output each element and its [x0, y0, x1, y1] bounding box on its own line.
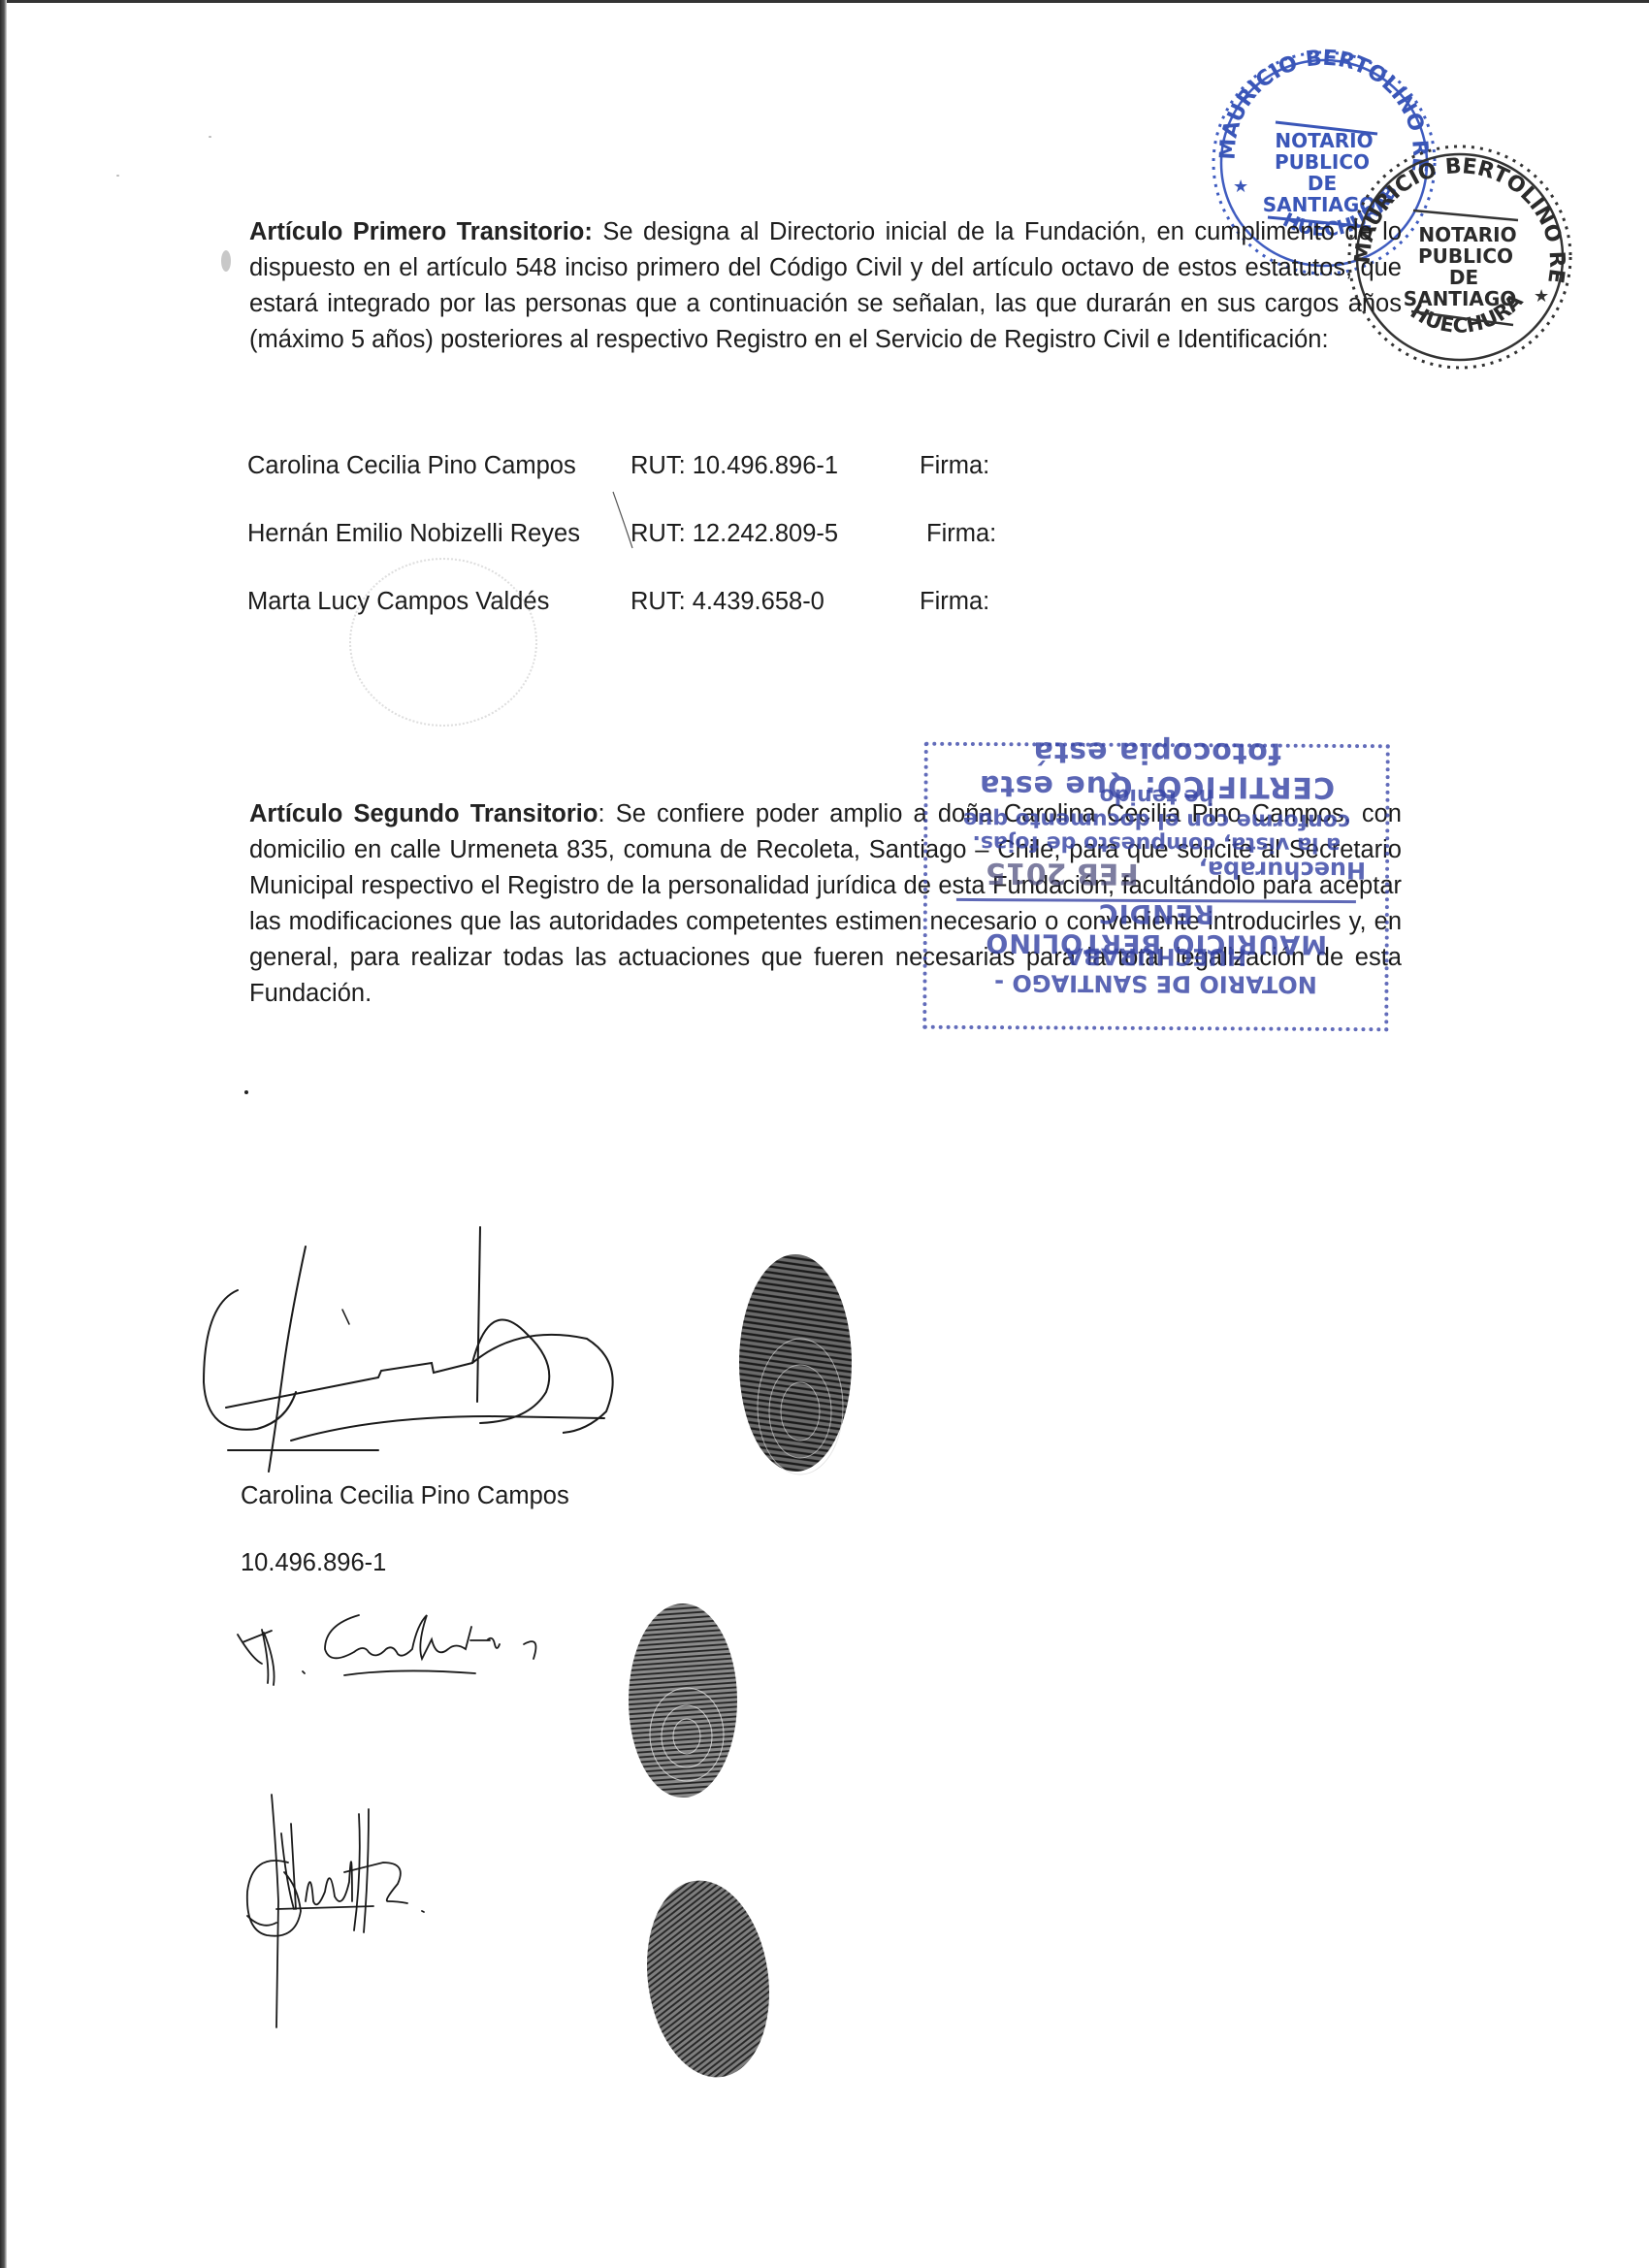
article-heading: Artículo Primero Transitorio:	[249, 218, 593, 245]
svg-text:★: ★	[1233, 177, 1248, 196]
scan-border-left	[0, 0, 7, 2268]
scan-speck	[116, 175, 119, 177]
signature-carolina	[199, 1217, 645, 1479]
firma-label: Firma:	[926, 520, 996, 548]
signature-hernan	[238, 1795, 490, 2047]
signer-name: Carolina Cecilia Pino Campos	[241, 1482, 569, 1510]
svg-text:SANTIAGO: SANTIAGO	[1404, 287, 1517, 310]
article-segundo-transitorio: Artículo Segundo Transitorio: Se confier…	[249, 796, 1402, 1012]
fingerprint-3	[635, 1877, 781, 2081]
svg-text:★: ★	[1534, 286, 1549, 306]
pen-stroke-mark	[611, 490, 640, 558]
svg-text:DE: DE	[1308, 172, 1337, 195]
scan-border-top	[0, 0, 1649, 3]
scan-speck	[209, 136, 211, 138]
signer-rut: 10.496.896-1	[241, 1549, 386, 1577]
fingerprint-1	[732, 1247, 858, 1479]
fingerprint-2	[621, 1601, 747, 1804]
svg-text:PUBLICO: PUBLICO	[1418, 244, 1513, 268]
firma-label: Firma:	[920, 588, 989, 616]
firma-label: Firma:	[920, 452, 989, 480]
director-name: Hernán Emilio Nobizelli Reyes	[247, 520, 580, 548]
certificate-line: CERTIFICO: Que esta fotocopia está	[947, 734, 1366, 804]
faded-stamp-ghost	[349, 558, 537, 727]
scanned-document-page: MAURICIO BERTOLINO RENDIC HUECHURABA NOT…	[0, 0, 1649, 2268]
director-name: Carolina Cecilia Pino Campos	[247, 452, 576, 480]
director-rut: RUT: 4.439.658-0	[630, 588, 824, 616]
director-rut: RUT: 12.242.809-5	[630, 520, 838, 548]
svg-text:NOTARIO: NOTARIO	[1418, 223, 1516, 246]
svg-text:DE: DE	[1449, 266, 1478, 289]
signature-marta	[233, 1605, 582, 1693]
director-rut: RUT: 10.496.896-1	[630, 452, 838, 480]
article-body: : Se confiere poder amplio a doña Caroli…	[249, 800, 1402, 1007]
article-primero-transitorio: Artículo Primero Transitorio: Se designa…	[249, 214, 1402, 358]
scan-speck	[221, 250, 231, 272]
stray-dot	[244, 1090, 248, 1094]
article-heading: Artículo Segundo Transitorio	[249, 800, 598, 827]
